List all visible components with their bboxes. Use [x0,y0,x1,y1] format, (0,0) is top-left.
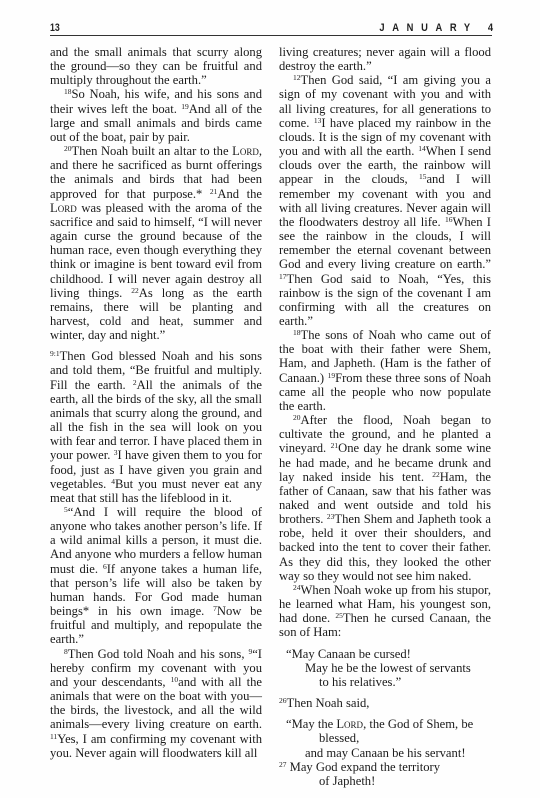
verse-number: 12 [293,73,301,82]
poetry-block: “May Canaan be cursed! May he be the low… [279,647,491,689]
verse-text: Then Noah said, [287,696,370,710]
poem-line: 27 May God expand the territory [279,760,491,774]
verse-number: 25 [335,611,343,620]
paragraph: and the small animals that scurry along … [50,45,262,87]
verse-number: 19 [328,371,336,380]
paragraph: 26Then Noah said, [279,696,491,710]
paragraph: 18The sons of Noah who came out of the b… [279,328,491,413]
verse-number: 14 [418,144,426,153]
verse-text: Then God said to Noah, “Yes, this rainbo… [279,272,491,328]
divine-name: Lord [232,144,259,158]
poem-line: “May the Lord, the God of Shem, be [279,717,491,731]
paragraph: 24When Noah woke up from his stupor, he … [279,583,491,640]
poem-line: and may Canaan be his servant! [279,746,491,760]
verse-number: 18 [64,87,72,96]
verse-number: 20 [64,144,72,153]
verse-text: , the God of Shem, be [363,717,473,731]
verse-number: 19 [181,102,189,111]
verse-text: May God expand the territory [287,760,441,774]
poem-line: of Japheth! [279,774,491,788]
verse-number: 17 [279,272,287,281]
bible-page: 13 JANUARY 4 and the small animals that … [0,0,540,798]
paragraph: 18So Noah, his wife, and his sons and th… [50,87,262,144]
chapter-paragraph: 9:1Then God blessed Noah and his sons an… [50,349,262,505]
chapter-verse-number: 9:1 [50,349,60,358]
verse-number: 24 [293,583,301,592]
reading-date: JANUARY 4 [380,22,501,34]
page-header: 13 JANUARY 4 [50,20,492,36]
verse-number: 20 [293,413,301,422]
verse-number: 27 [279,760,287,769]
verse-text: Then God told Noah and his sons, [68,647,249,661]
poem-line: May he be the lowest of servants [279,661,491,675]
verse-text: living creatures; never again will a flo… [279,45,491,73]
poem-line: “May Canaan be cursed! [279,647,491,661]
verse-number: 26 [279,696,287,705]
verse-number: 21 [331,441,339,450]
paragraph: 12Then God said, “I am giving you a sign… [279,73,491,328]
paragraph: 20Then Noah built an altar to the Lord, … [50,144,262,342]
right-column: living creatures; never again will a flo… [279,45,491,788]
verse-number: 10 [171,675,179,684]
paragraph: living creatures; never again will a flo… [279,45,491,73]
header-rule [50,35,492,36]
verse-text: and the small animals that scurry along … [50,45,262,87]
paragraph: 8Then God told Noah and his sons, 9“I he… [50,647,262,760]
divine-name: Lord [50,201,77,215]
paragraph: 5“And I will require the blood of anyone… [50,505,262,647]
verse-number: 22 [131,286,139,295]
verse-number: 22 [432,470,440,479]
poem-line: blessed, [279,731,491,745]
divine-name: Lord [336,717,363,731]
verse-number: 18 [293,328,301,337]
verse-text: Yes, I am confirming my covenant with yo… [50,732,262,760]
left-column: and the small animals that scurry along … [50,45,262,760]
poem-line: to his relatives.” [279,675,491,689]
verse-text: And the [217,187,262,201]
page-number: 13 [50,22,60,34]
paragraph: 20After the flood, Noah began to cultiva… [279,413,491,583]
verse-text: Then Noah built an altar to the [72,144,233,158]
poetry-block: “May the Lord, the God of Shem, be bless… [279,717,491,788]
verse-text: “May the [286,717,336,731]
